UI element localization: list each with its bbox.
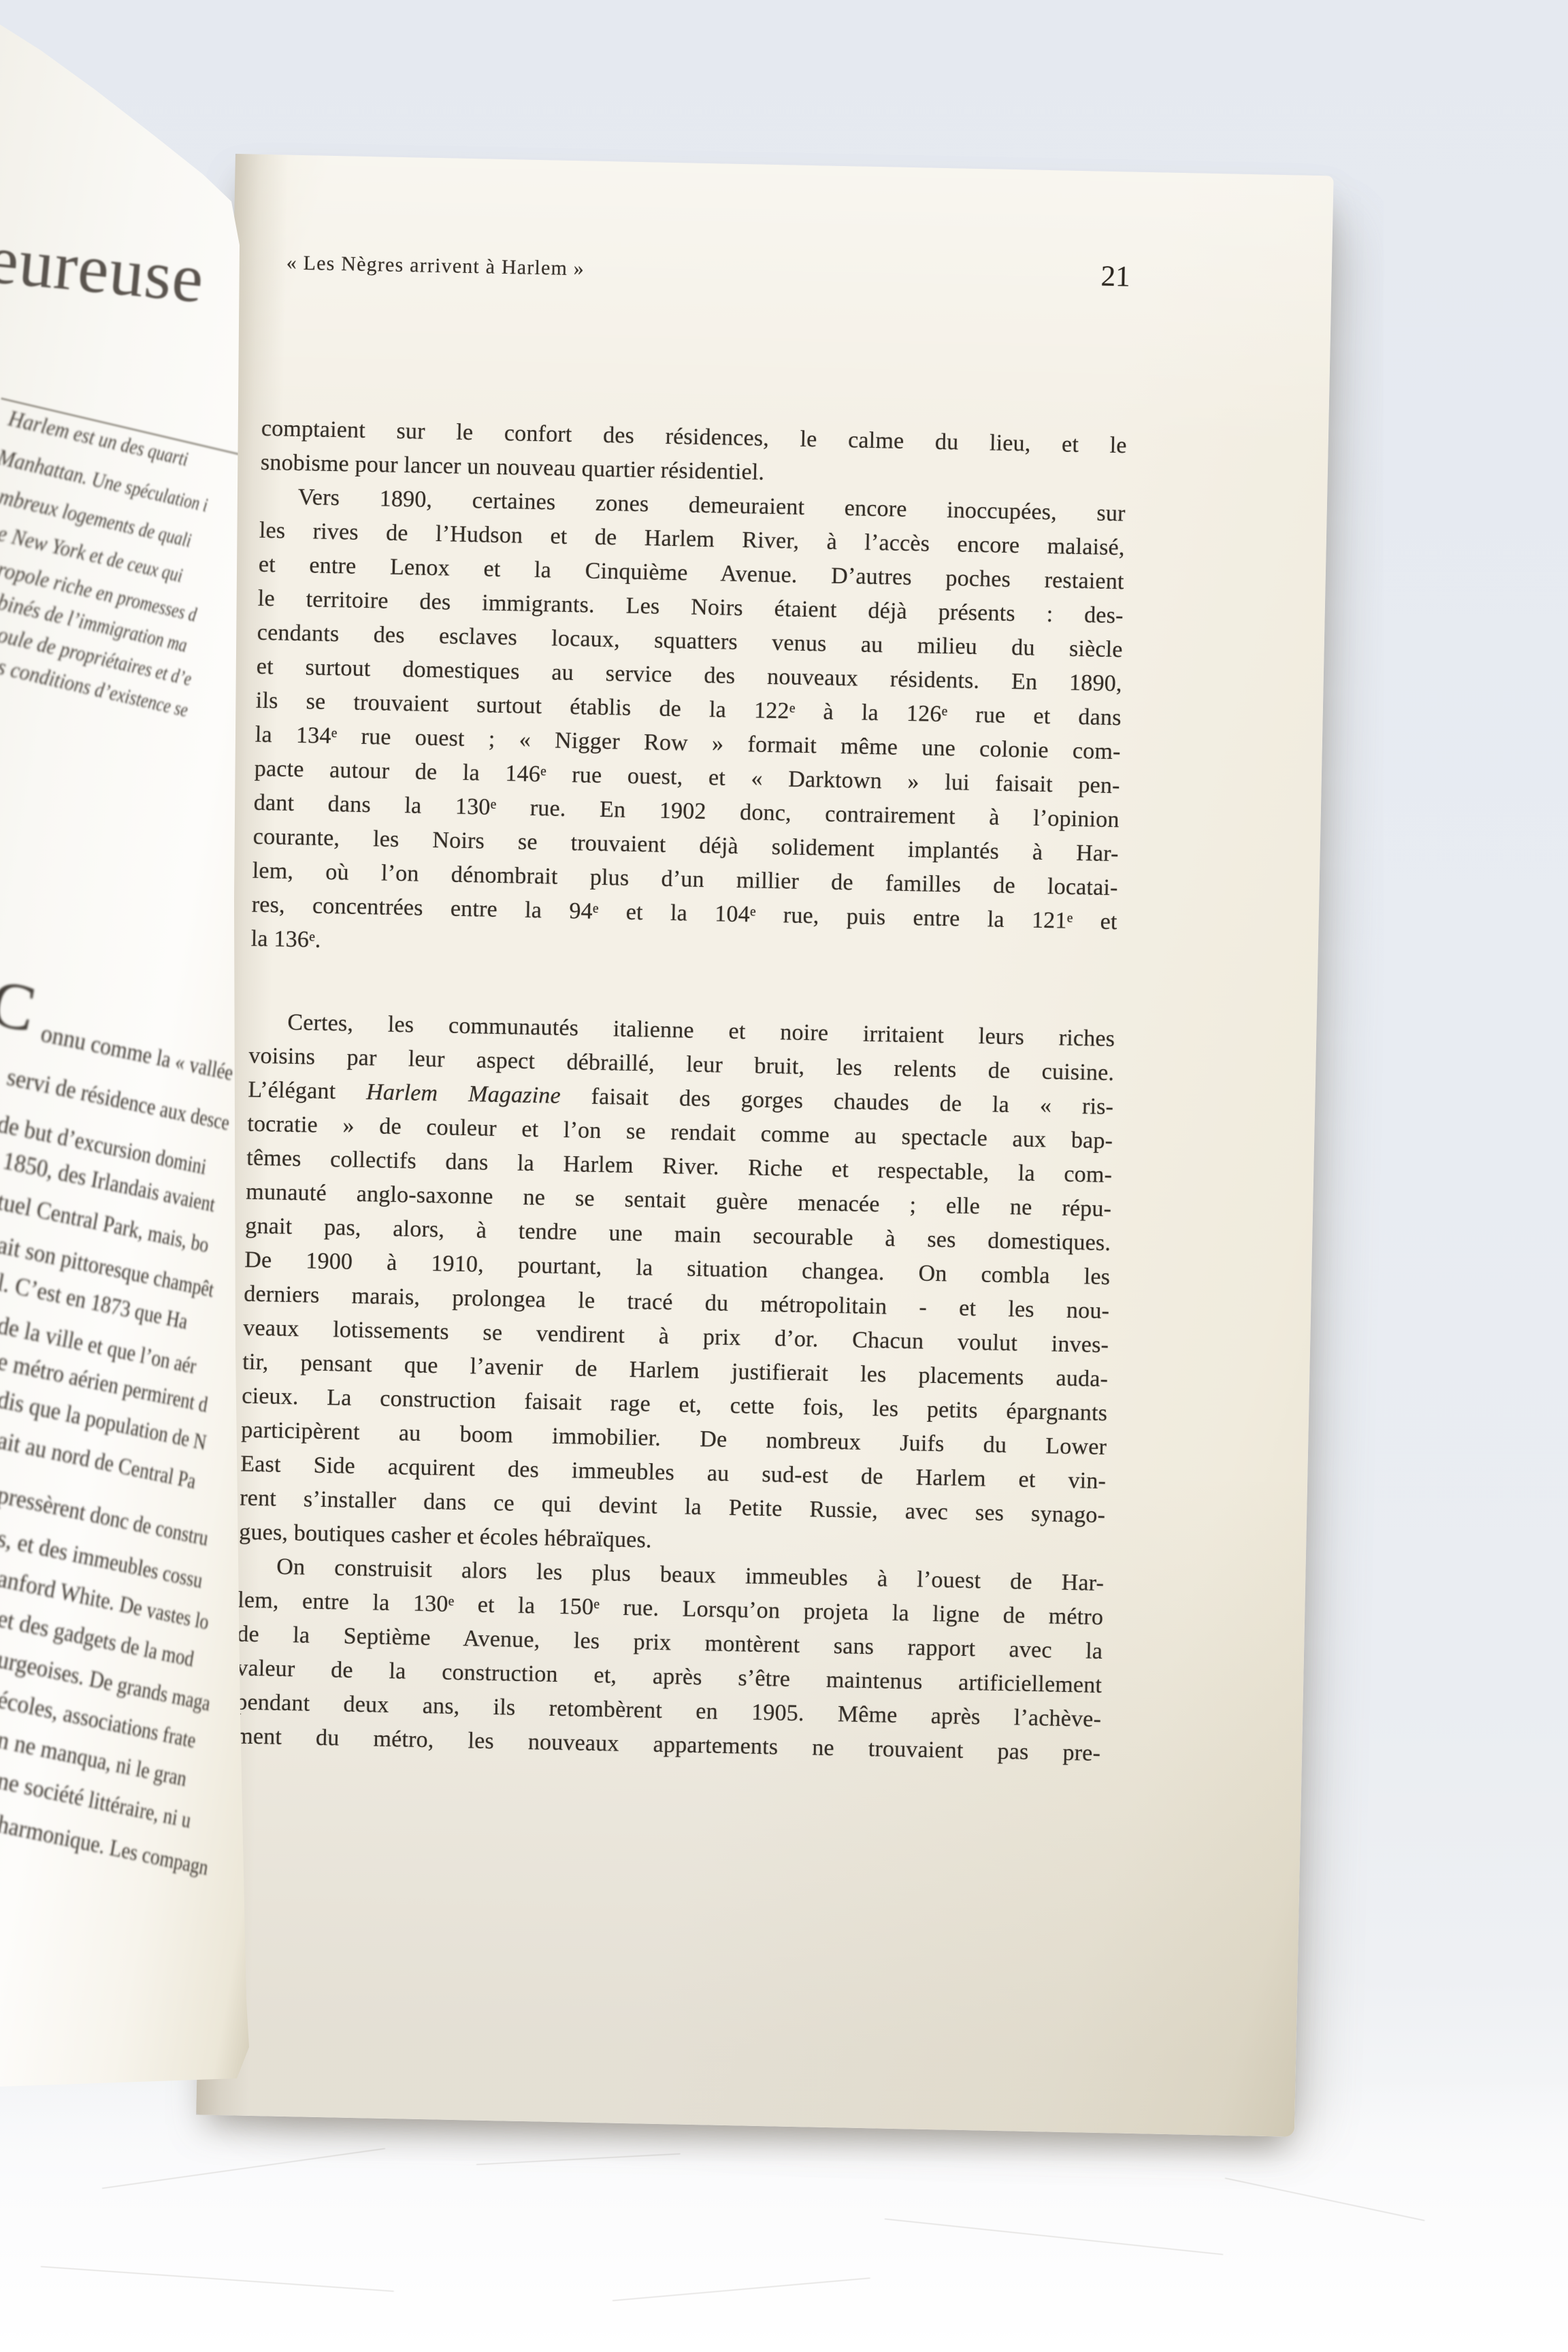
chapter-title-fragment: eureuse xyxy=(0,219,208,319)
body-text: comptaient sur le confort des résidences… xyxy=(235,412,1127,1771)
right-page-content: « Les Nègres arrivent à Harlem » 21 comp… xyxy=(227,154,1132,2133)
paragraph: Vers 1890, certaines zones demeuraient e… xyxy=(250,480,1126,973)
paragraph: Certes, les communautés italienne et noi… xyxy=(239,1005,1115,1567)
page-number: 21 xyxy=(1100,260,1130,294)
drop-cap: C xyxy=(0,969,41,1043)
book-photo: « Les Nègres arrivent à Harlem » 21 comp… xyxy=(0,0,1568,2352)
paragraph: On construisit alors les plus beaux imme… xyxy=(235,1550,1105,1771)
running-head: « Les Nègres arrivent à Harlem » 21 xyxy=(264,243,1130,294)
right-page: « Les Nègres arrivent à Harlem » 21 comp… xyxy=(196,154,1334,2137)
running-head-title: « Les Nègres arrivent à Harlem » xyxy=(286,252,585,281)
left-page: eureuse Harlem est un des quartiManhatta… xyxy=(0,0,259,2103)
